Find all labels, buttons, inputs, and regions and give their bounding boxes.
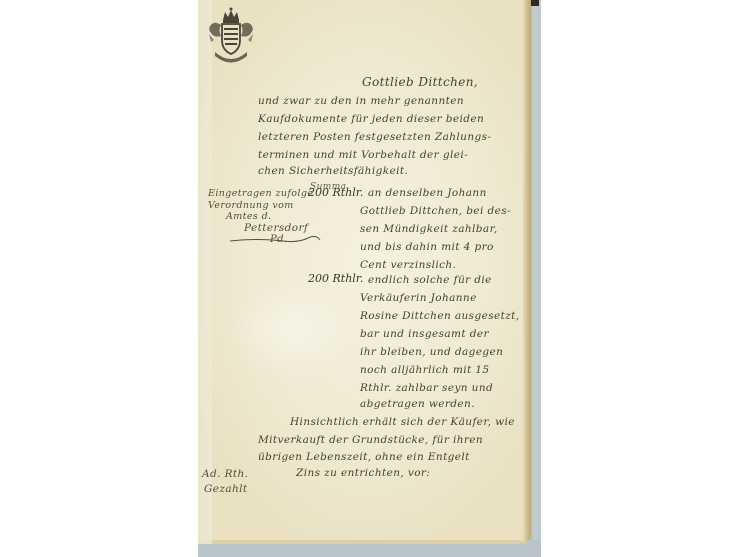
- binding-corner: [531, 0, 539, 6]
- entry-line: Verkäuferin Johanne: [360, 292, 477, 304]
- entry-amount: 200 Rthlr.: [308, 186, 363, 199]
- bottom-margin-note: Gezahlt: [204, 483, 248, 495]
- entry-line: sen Mündigkeit zahlbar,: [360, 223, 498, 235]
- coat-of-arms-stamp-icon: [206, 6, 256, 68]
- entry-line: noch alljährlich mit 15: [360, 364, 489, 376]
- entry-amount: 200 Rthlr.: [308, 272, 363, 285]
- body-line: letzteren Posten festgesetzten Zahlungs-: [258, 131, 491, 143]
- entry-line: an denselben Johann: [368, 187, 487, 199]
- entry-line: bar und insgesamt der: [360, 328, 489, 340]
- closing-line: Hinsichtlich erhält sich der Käufer, wie: [290, 416, 515, 428]
- margin-note-line: Amtes d.: [226, 211, 272, 222]
- document-viewer: Gottlieb Dittchen, und zwar zu den in me…: [0, 0, 740, 557]
- heading-name: Gottlieb Dittchen,: [362, 75, 478, 89]
- entry-line: und bis dahin mit 4 pro: [360, 241, 494, 253]
- entry-line: Rosine Dittchen ausgesetzt,: [360, 310, 520, 322]
- body-line: chen Sicherheitsfähigkeit.: [258, 165, 408, 177]
- entry-line: abgetragen werden.: [360, 398, 475, 410]
- closing-line: übrigen Lebenszeit, ohne ein Entgelt: [258, 451, 470, 463]
- margin-note-line: Verordnung vom: [208, 200, 294, 211]
- page-binding-edge: [523, 0, 531, 544]
- margin-note-line: Eingetragen zufolge: [208, 188, 313, 199]
- body-line: Kaufdokumente für jeden dieser beiden: [258, 113, 484, 125]
- body-line: und zwar zu den in mehr genannten: [258, 95, 464, 107]
- signature-flourish-icon: [228, 232, 328, 246]
- entry-line: Cent verzinslich.: [360, 259, 456, 271]
- bottom-margin-note: Ad. Rth.: [202, 468, 248, 480]
- entry-line: ihr bleiben, und dagegen: [360, 346, 503, 358]
- entry-line: Gottlieb Dittchen, bei des-: [360, 205, 511, 217]
- entry-line: Rthlr. zahlbar seyn und: [360, 382, 493, 394]
- manuscript-page: Gottlieb Dittchen, und zwar zu den in me…: [198, 0, 531, 544]
- entry-line: endlich solche für die: [368, 274, 492, 286]
- closing-line: Zins zu entrichten, vor:: [296, 467, 430, 479]
- closing-line: Mitverkauft der Grundstücke, für ihren: [258, 434, 483, 446]
- body-line: terminen und mit Vorbehalt der glei-: [258, 149, 468, 161]
